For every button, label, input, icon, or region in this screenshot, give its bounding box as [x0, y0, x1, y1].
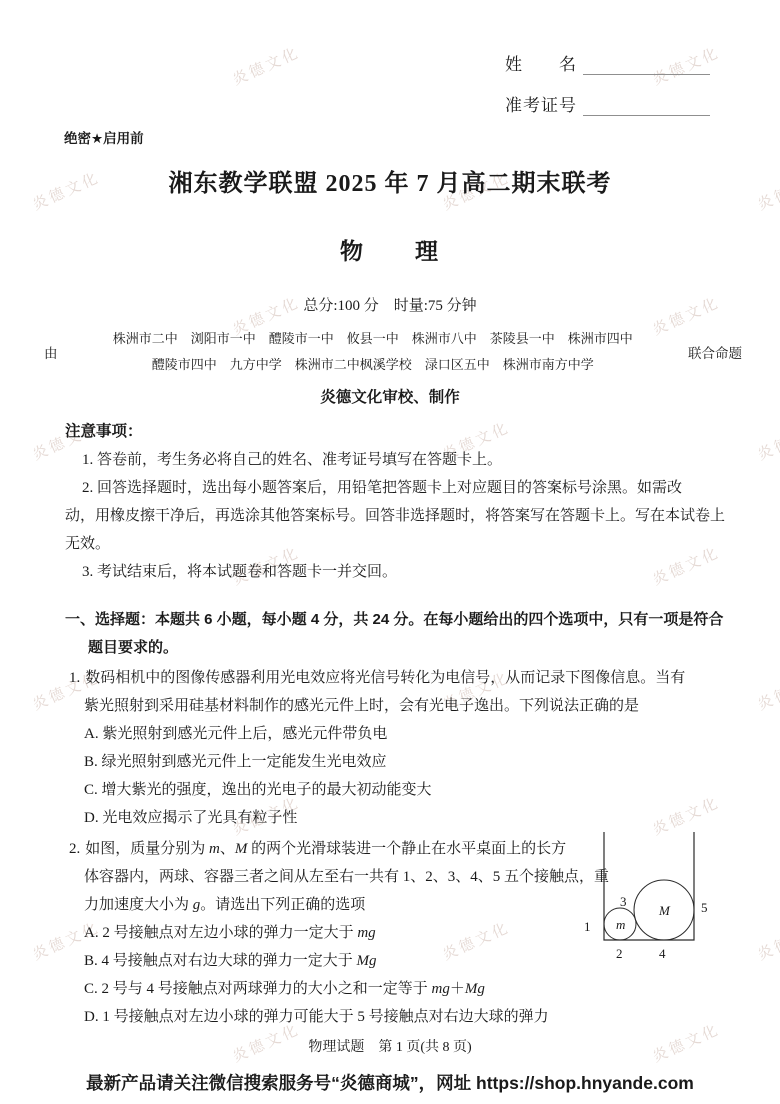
subject-title: 物 理: [0, 233, 780, 266]
big-ball-label: M: [658, 903, 671, 918]
exam-no-blank-line: [583, 97, 710, 116]
question-1-stem-line2: 紫光照射到采用硅基材料制作的感光元件上时，会有光电子逸出。下列说法正确的是: [84, 692, 725, 720]
contact-point-3-label: 3: [620, 894, 627, 909]
note-item-2-line2: 动，用橡皮擦干净后，再选涂其他答案标号。回答非选择题时，将答案写在答题卡上。写在…: [65, 502, 725, 530]
question-1: 1.数码相机中的图像传感器利用光电效应将光信号转化为电信号，从而记录下图像信息。…: [69, 664, 725, 832]
question-2-option-c: C. 2 号与 4 号接触点对两球弹力的大小之和一定等于 mg＋Mg: [84, 975, 725, 1003]
promo-banner: 最新产品请关注微信搜索服务号“炎德商城”，网址 https://shop.hny…: [0, 1070, 780, 1095]
producer-line: 炎德文化审校、制作: [0, 385, 780, 407]
exam-title: 湘东教学联盟 2025 年 7 月高二期末联考: [0, 163, 780, 198]
exam-no-label: 准考证号: [505, 91, 577, 116]
section-1-heading: 一、选择题：本题共 6 小题，每小题 4 分，共 24 分。在每小题给出的四个选…: [65, 606, 725, 662]
byline-joint: 联合命题: [688, 342, 742, 362]
question-1-option-c: C. 增大紫光的强度，逸出的光电子的最大初动能变大: [84, 776, 725, 804]
name-label: 姓 名: [505, 50, 577, 75]
byline: 由 株洲市二中 浏阳市一中 醴陵市一中 攸县一中 株洲市八中 茶陵县一中 株洲市…: [44, 326, 742, 378]
section-1-heading-line2: 题目要求的。: [65, 634, 725, 662]
small-ball-label: m: [616, 917, 625, 932]
school-list-line1: 株洲市二中 浏阳市一中 醴陵市一中 攸县一中 株洲市八中 茶陵县一中 株洲市四中: [58, 326, 689, 352]
question-1-number: 1.: [69, 670, 80, 686]
question-1-option-b: B. 绿光照射到感光元件上一定能发生光电效应: [84, 748, 725, 776]
question-2-number: 2.: [69, 841, 80, 857]
school-list: 株洲市二中 浏阳市一中 醴陵市一中 攸县一中 株洲市八中 茶陵县一中 株洲市四中…: [58, 326, 689, 378]
contact-point-2-label: 2: [616, 946, 623, 961]
section-1-heading-line1: 一、选择题：本题共 6 小题，每小题 4 分，共 24 分。在每小题给出的四个选…: [65, 606, 725, 634]
notes-title: 注意事项：: [65, 418, 725, 446]
contact-point-1-label: 1: [584, 919, 591, 934]
score-duration: 总分:100 分 时量:75 分钟: [0, 294, 780, 315]
contact-point-4-label: 4: [659, 946, 666, 961]
name-fillin-row: 姓 名: [505, 50, 710, 75]
secret-notice: 绝密★启用前: [64, 127, 144, 147]
question-1-stem-line1: 1.数码相机中的图像传感器利用光电效应将光信号转化为电信号，从而记录下图像信息。…: [69, 664, 725, 692]
page-footer: 物理试题 第 1 页(共 8 页): [0, 1036, 780, 1056]
note-item-1: 1. 答卷前，考生务必将自己的姓名、准考证号填写在答题卡上。: [65, 446, 725, 474]
exam-paper-page: 炎德文化炎德文化炎德文化炎德文化炎德文化炎德文化炎德文化炎德文化炎德文化炎德文化…: [0, 0, 780, 1104]
question-1-option-a: A. 紫光照射到感光元件上后，感光元件带负电: [84, 720, 725, 748]
question-1-option-d: D. 光电效应揭示了光具有粒子性: [84, 804, 725, 832]
exam-no-fillin-row: 准考证号: [505, 91, 710, 116]
name-blank-line: [583, 56, 710, 75]
note-item-2-line3: 无效。: [65, 530, 725, 558]
balls-in-container-diagram: 1 2 3 4 5 m M: [576, 830, 736, 970]
school-list-line2: 醴陵市四中 九方中学 株洲市二中枫溪学校 渌口区五中 株洲市南方中学: [58, 352, 689, 378]
contact-point-5-label: 5: [701, 900, 708, 915]
content-layer: 姓 名 准考证号 绝密★启用前 湘东教学联盟 2025 年 7 月高二期末联考 …: [0, 0, 780, 1104]
question-2-option-d: D. 1 号接触点对左边小球的弹力可能大于 5 号接触点对右边大球的弹力: [84, 1003, 725, 1031]
note-item-3: 3. 考试结束后，将本试题卷和答题卡一并交回。: [65, 558, 725, 586]
note-item-2-line1: 2. 回答选择题时，选出每小题答案后，用铅笔把答题卡上对应题目的答案标号涂黑。如…: [65, 474, 725, 502]
byline-by: 由: [44, 342, 58, 362]
question-2-figure: 1 2 3 4 5 m M: [576, 830, 736, 970]
